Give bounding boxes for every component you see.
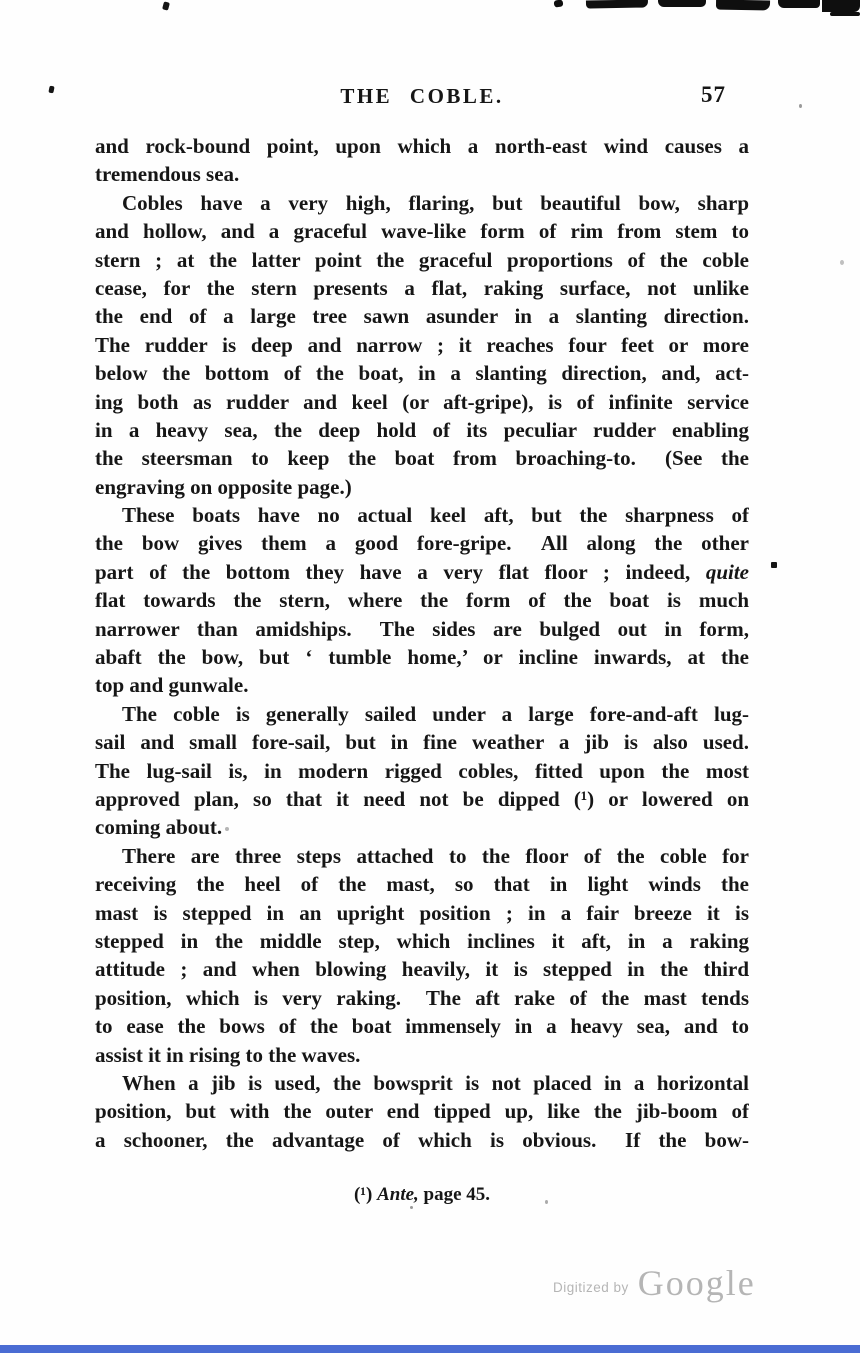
smudge-blob — [822, 0, 860, 12]
text-line: and rock-bound point, upon which a north… — [95, 132, 749, 160]
text-line: a schooner, the advantage of which is ob… — [95, 1126, 749, 1154]
text-line: cease, for the stern presents a flat, ra… — [95, 274, 749, 302]
text-line: the end of a large tree sawn asunder in … — [95, 302, 749, 330]
text-line: receiving the heel of the mast, so that … — [95, 870, 749, 898]
ink-speck — [48, 86, 54, 94]
smudge-blob — [716, 0, 770, 10]
text-line: part of the bottom they have a very flat… — [95, 558, 749, 586]
watermark-prefix: Digitized by — [553, 1272, 629, 1295]
paragraph: When a jib is used, the bowsprit is not … — [95, 1069, 749, 1154]
text-line: to ease the bows of the boat immensely i… — [95, 1012, 749, 1040]
text-line: position, which is very raking. The aft … — [95, 984, 749, 1012]
text-line: tremendous sea. — [95, 160, 749, 188]
text-line: position, but with the outer end tipped … — [95, 1097, 749, 1125]
text-line: coming about. — [95, 813, 749, 841]
text-line: the steersman to keep the boat from broa… — [95, 444, 749, 472]
digitized-by-google-watermark: Digitized by Google — [553, 1262, 756, 1304]
text-line: assist it in rising to the waves. — [95, 1041, 749, 1069]
smudge-blob — [586, 0, 648, 9]
text-line: There are three steps attached to the fl… — [95, 842, 749, 870]
ink-speck — [410, 1206, 413, 1209]
viewer-bottom-bar — [0, 1345, 860, 1353]
text-line: below the bottom of the boat, in a slant… — [95, 359, 749, 387]
text-line: mast is stepped in an upright position ;… — [95, 899, 749, 927]
text-line: These boats have no actual keel aft, but… — [95, 501, 749, 529]
ink-speck — [162, 1, 170, 10]
text-line: narrower than amidships. The sides are b… — [95, 615, 749, 643]
text-line: flat towards the stern, where the form o… — [95, 586, 749, 614]
text-line: and hollow, and a graceful wave-like for… — [95, 217, 749, 245]
text-line: Cobles have a very high, flaring, but be… — [95, 189, 749, 217]
text-line: engraving on opposite page.) — [95, 473, 749, 501]
scan-smudge-artifact — [538, 0, 860, 18]
running-head-title: THE COBLE. — [95, 84, 749, 109]
text-line: top and gunwale. — [95, 671, 749, 699]
text-line: stepped in the middle step, which inclin… — [95, 927, 749, 955]
text-line: When a jib is used, the bowsprit is not … — [95, 1069, 749, 1097]
page-number: 57 — [701, 82, 726, 108]
ink-speck — [799, 104, 802, 108]
paragraph: and rock-bound point, upon which a north… — [95, 132, 749, 189]
ink-speck — [840, 260, 844, 265]
text-block: and rock-bound point, upon which a north… — [95, 132, 749, 1154]
text-line: The rudder is deep and narrow ; it reach… — [95, 331, 749, 359]
footnote: (¹) Ante, page 45. — [95, 1184, 749, 1206]
text-line: sail and small fore-sail, but in fine we… — [95, 728, 749, 756]
paragraph: These boats have no actual keel aft, but… — [95, 501, 749, 700]
text-line: The coble is generally sailed under a la… — [95, 700, 749, 728]
smudge-blob — [554, 0, 564, 8]
paragraph: Cobles have a very high, flaring, but be… — [95, 189, 749, 501]
text-line: attitude ; and when blowing heavily, it … — [95, 955, 749, 983]
text-line: approved plan, so that it need not be di… — [95, 785, 749, 813]
paragraph: The coble is generally sailed under a la… — [95, 700, 749, 842]
ink-speck — [771, 562, 777, 568]
text-line: The lug-sail is, in modern rigged cobles… — [95, 757, 749, 785]
text-line: ing both as rudder and keel (or aft-grip… — [95, 388, 749, 416]
google-logo: Google — [638, 1262, 756, 1304]
book-page-scan: THE COBLE. 57 and rock-bound point, upon… — [0, 0, 860, 1353]
text-line: in a heavy sea, the deep hold of its pec… — [95, 416, 749, 444]
smudge-blob — [778, 0, 820, 8]
smudge-blob — [658, 0, 706, 7]
text-line: abaft the bow, but ‘ tumble home,’ or in… — [95, 643, 749, 671]
paragraph: There are three steps attached to the fl… — [95, 842, 749, 1069]
smudge-blob — [830, 12, 860, 16]
text-line: the bow gives them a good fore-gripe. Al… — [95, 529, 749, 557]
text-line: stern ; at the latter point the graceful… — [95, 246, 749, 274]
